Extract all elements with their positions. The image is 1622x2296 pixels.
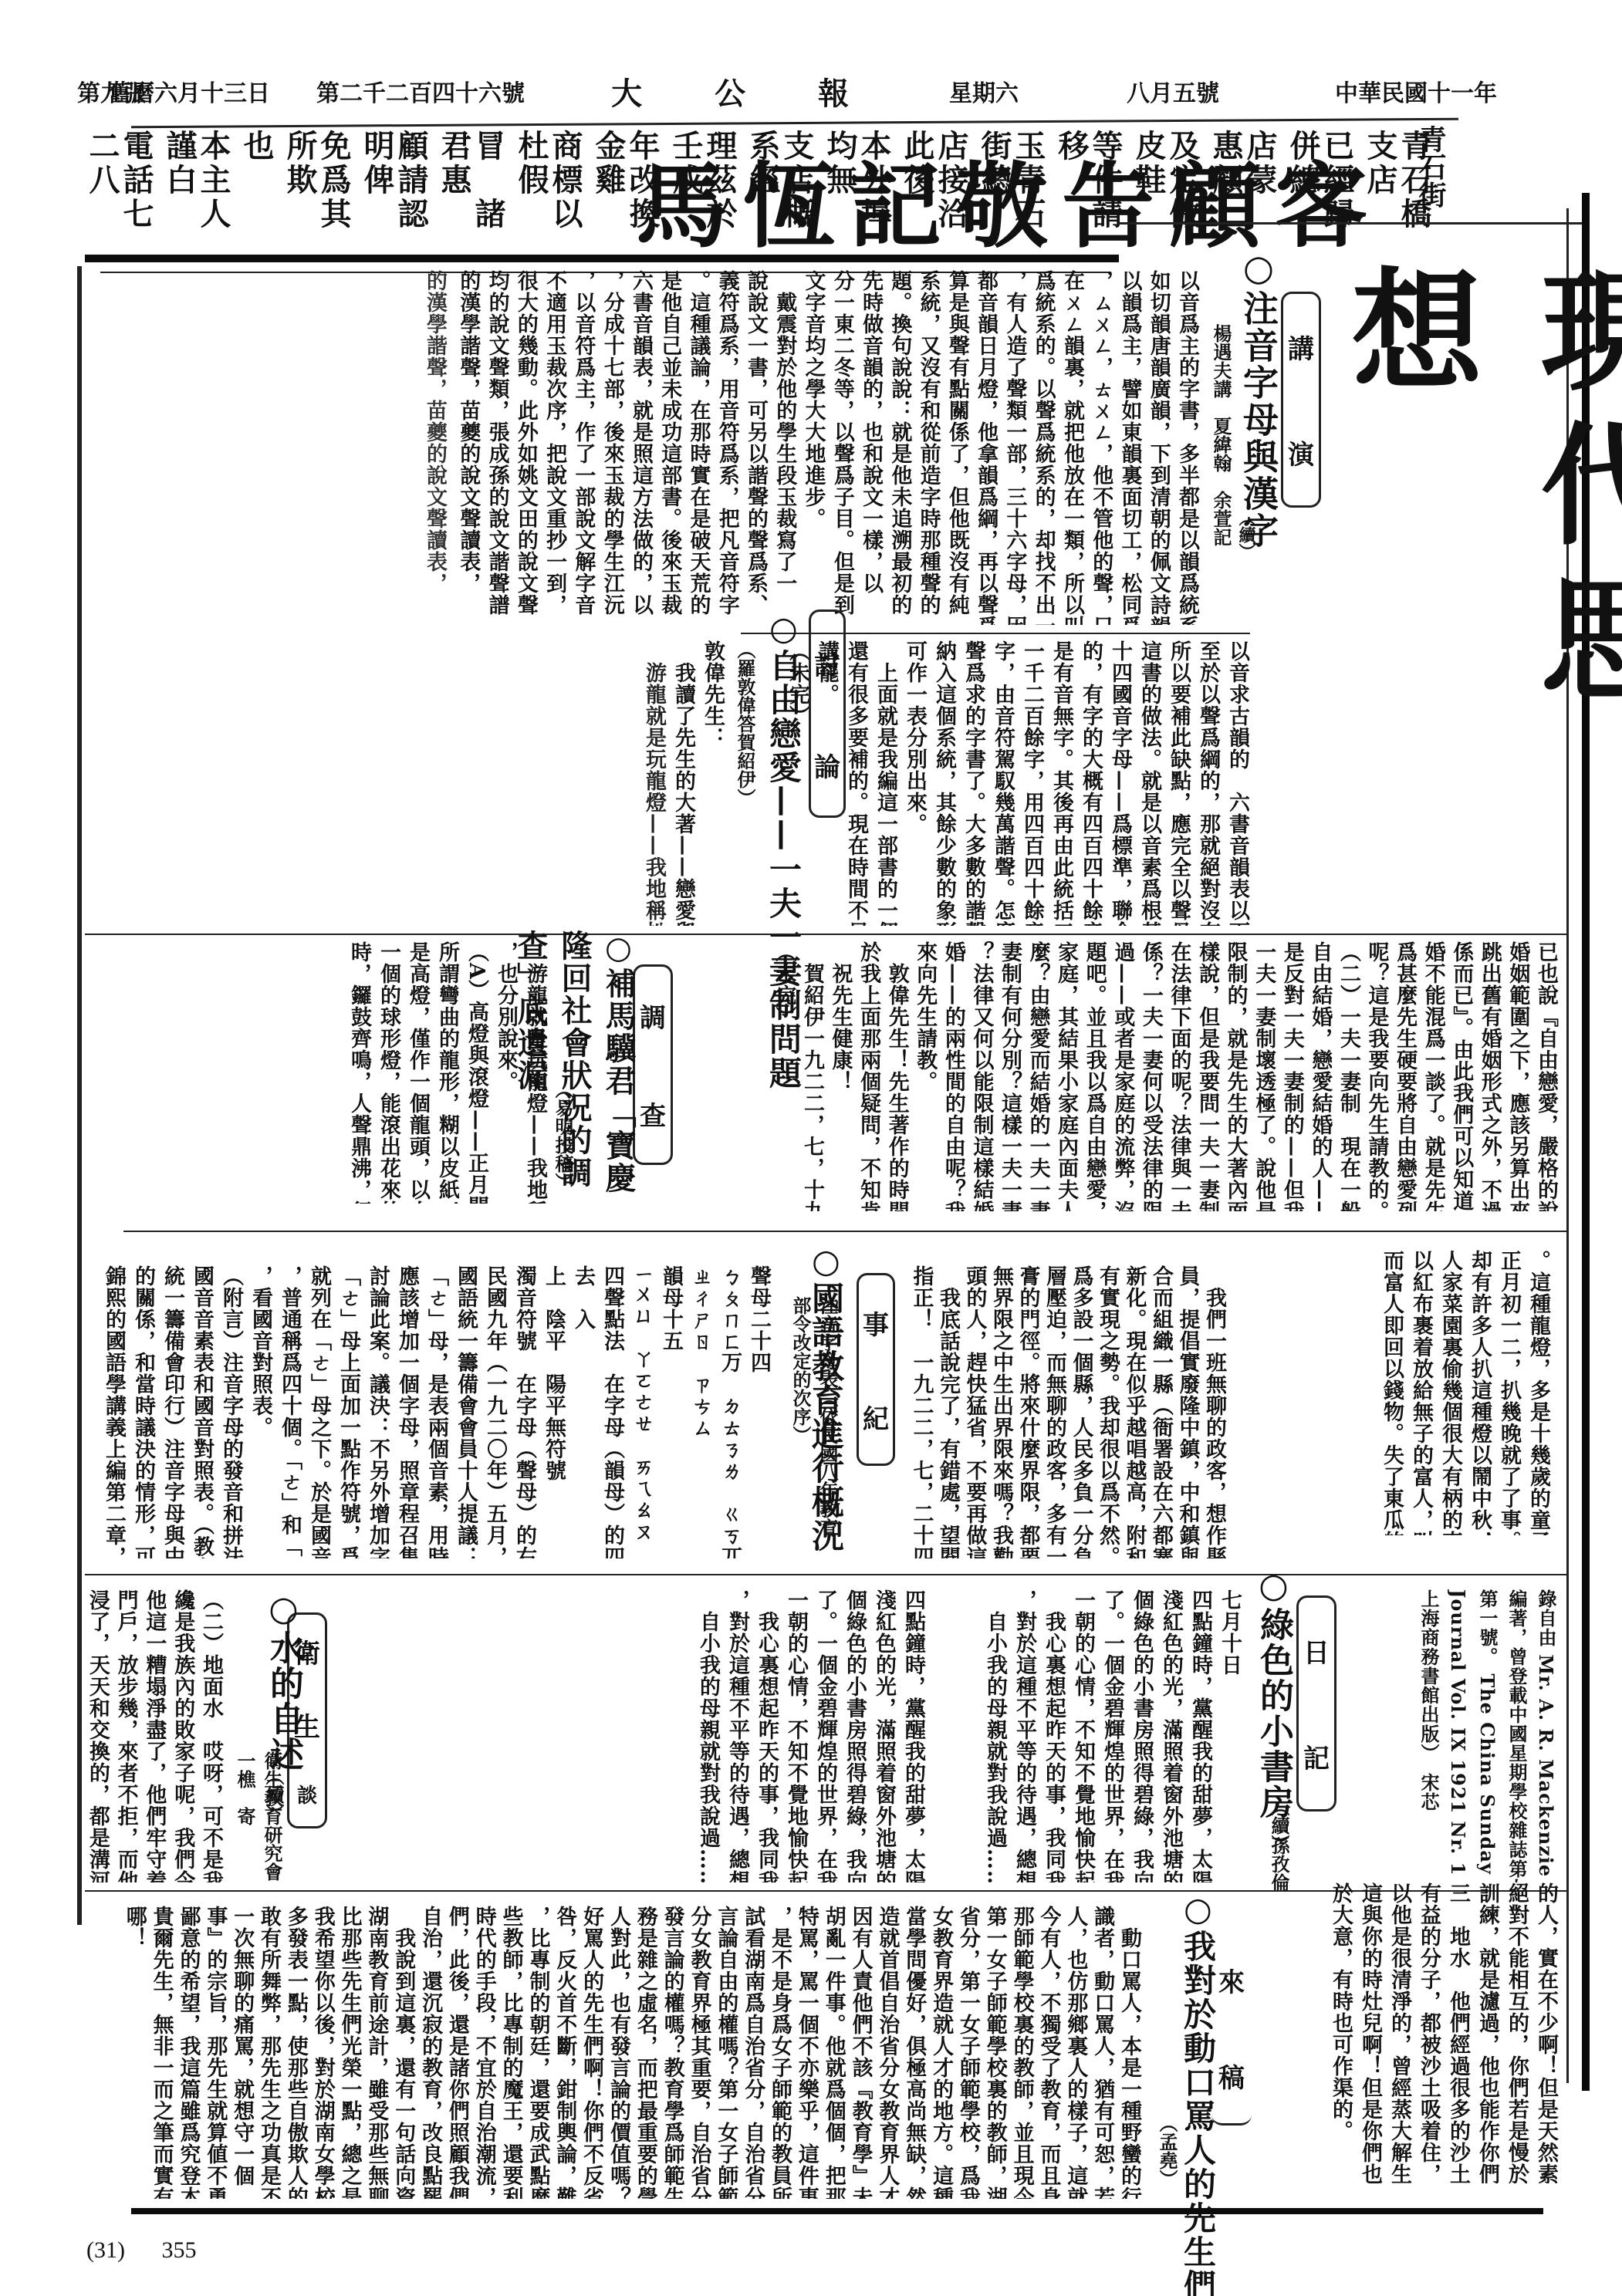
ad-line: 顧請認明俾: [360, 130, 427, 259]
divider: [123, 1231, 1566, 1232]
ad-line: 本主人謹白: [162, 130, 230, 259]
article-body: 動口罵人，本是一種野蠻的行爲，常被人無智 識者，動口罵人，猶有可恕，若是受了教育…: [123, 1906, 1142, 2199]
divider: [85, 934, 1566, 935]
article-body-diary-end: 的人，實在不少啊！但是天然素材，他也不是 絕對不能相互的，你們若是慢於選擇，再加…: [1265, 1882, 1559, 2183]
masthead-date: 八月五號: [1127, 74, 1219, 108]
divider: [85, 255, 1119, 262]
page-label: (31): [86, 2237, 125, 2263]
section-label-record: 事 紀: [857, 1273, 895, 1466]
article-byline: （易明投稿）: [549, 1080, 576, 1191]
ad-line: 已經歸併總: [1286, 130, 1353, 259]
masthead-weekday: 星期六: [949, 74, 1019, 108]
ad-line: 店接洽此後: [900, 130, 968, 259]
article-byline: （孟堯）: [1154, 2114, 1181, 2188]
advertisement: 青石街 馬恆記敬告顧客 青石橋支店 已經歸併總 店蒙 惠顧 及定做皮鞋 等件請 …: [85, 122, 1451, 238]
column-title: 現代思想: [1312, 262, 1622, 756]
ad-line: 商標以杜假: [514, 130, 582, 259]
page-folio: (31) 355: [86, 2237, 196, 2264]
ad-line: 也: [239, 130, 273, 259]
article-byline: 注音字母表（依民國八年教育部令改定的次序）: [787, 1296, 841, 1551]
masthead: 中華民國十一年 八月五號 星期六 大 公 報 第二千二百四十六號 舊曆六月十三日…: [77, 74, 1543, 111]
page-number: 355: [161, 2237, 196, 2263]
article-body-investigation-conclusion: 我們一班無聊的政客，想作縣知事和省議 員，提倡實廢隆中鎮，中和鎮與新化永固鎮， …: [911, 1265, 1227, 1558]
bottom-rule: [131, 2208, 1543, 2214]
section-label-lecture: 講 演: [1281, 292, 1321, 508]
ad-line: 支店概系經: [745, 130, 813, 259]
ad-line: 冒 諸君惠: [437, 130, 505, 259]
article-body-continued: 的漢學諧聲，苗夔的說文聲讀表，: [85, 270, 448, 625]
article-headline: ○注音字母與漢字: [1233, 247, 1284, 501]
masthead-issue-number: 第二千二百四十六號: [316, 74, 525, 108]
article-body: 敦偉先生： 我讀了先生的大著——戀愛與結婚——過後 游龍就是玩龍燈——我地稱扒龍…: [85, 640, 725, 926]
article-byline: （羅敦偉答賀紹伊）: [732, 640, 759, 807]
article-headline: ○綠色的小書房: [1249, 1566, 1298, 1798]
ad-line: 玉青石街總: [977, 130, 1045, 259]
article-body: 游龍就是玩龍燈——我地稱扒龍燈，有三種 ，也分別說來。 （A）高燈與滾燈——正月…: [85, 941, 548, 1204]
ad-line: 本外埠均無: [823, 130, 890, 259]
ad-line: 青石橋支店: [1363, 130, 1431, 259]
ad-line: 理茲於壬戌: [668, 130, 736, 259]
masthead-paper-name: 大 公 報: [611, 69, 880, 113]
article-body: 七月十日 四點鐘時，黨醒我的甜夢，太陽神已放出 淺紅色的光，滿照着窗外池塘的綠葉…: [934, 1589, 1242, 1882]
ad-body: 青石橋支店 已經歸併總 店蒙 惠顧 及定做皮鞋 等件請 移 玉青石街總 店接洽此…: [85, 130, 1431, 259]
section-label-diary: 日 記: [1296, 1595, 1336, 1811]
article-byline: 楊遇夫講 夏緯翰 余萱記: [1208, 324, 1235, 546]
article-note: （續）: [1235, 509, 1259, 560]
section-label-discussion: 討 論: [809, 609, 846, 818]
page-frame-left: [77, 266, 82, 1925]
article-headline: ○水的自述: [259, 1589, 308, 1759]
ad-line: 及定做皮鞋: [1131, 130, 1199, 259]
article-body-discussion: 已也說『自由戀愛，嚴格的說來，還不能算在 婚姻範圍之下，應該另算出來，實因爲他已…: [772, 941, 1559, 1211]
article-body-diary-source: 錄自由 Mr. A. R. Mackenzie 用英文 編著，曾登載中國星期學校…: [1350, 1589, 1559, 1882]
masthead-year: 中華民國十一年: [1335, 74, 1497, 108]
article-body-investigation-end: 。這種龍燈，多是十幾歲的童子們所扒，于 正月初一二，扒幾晚就了了事。到中秋夜， …: [1235, 1250, 1551, 1535]
masthead-sheet: 第九張: [77, 74, 147, 108]
ad-line: 等件請 移: [1054, 130, 1122, 259]
ad-line: 店蒙 惠顧: [1208, 130, 1276, 259]
article-body: （二）地面水 哎呀，可不是我自來水嗎，這 纔是我族內的敗家子呢，我們令名榮譽，都…: [85, 1589, 224, 1882]
ad-line: 免爲其所欺: [282, 130, 350, 259]
ad-line: 電話七二八: [85, 130, 153, 259]
article-body: 聲母二十四 ㄅㄆㄇㄈㄪ ㄉㄊㄋㄌ ㄍㄎㄫㄏ ㄐㄑㄬㄒ ㄓㄔㄕㄖ ㄗㄘㄙ 韻母十五…: [85, 1265, 772, 1558]
article-headline: ○我對於動口罵人的先生們進一忠告: [1174, 1890, 1221, 2214]
article-body-diary-continued: 四點鐘時，黨醒我的甜夢，太陽神已放出 淺紅色的光，滿照着窗外池塘的綠葉，把我這 …: [340, 1589, 926, 1882]
divider: [85, 1574, 1566, 1575]
ad-line: 年改換金雞: [591, 130, 659, 259]
article-byline: 衛生教育研究會 一樵 寄: [231, 1751, 286, 1890]
column-top-rule: [1119, 222, 1582, 225]
article-headline: ○自由戀愛——一夫一妻制問題: [760, 609, 806, 887]
article-headline: ○補馬驥君「寶慶隆回社會狀況的調查」底遺漏: [571, 930, 640, 1200]
article-body: 以音爲主的字書，多半都是以韻爲統系， 如切韻唐韻廣韻，下到清朝的佩文詩韻，都是 …: [455, 270, 1200, 625]
